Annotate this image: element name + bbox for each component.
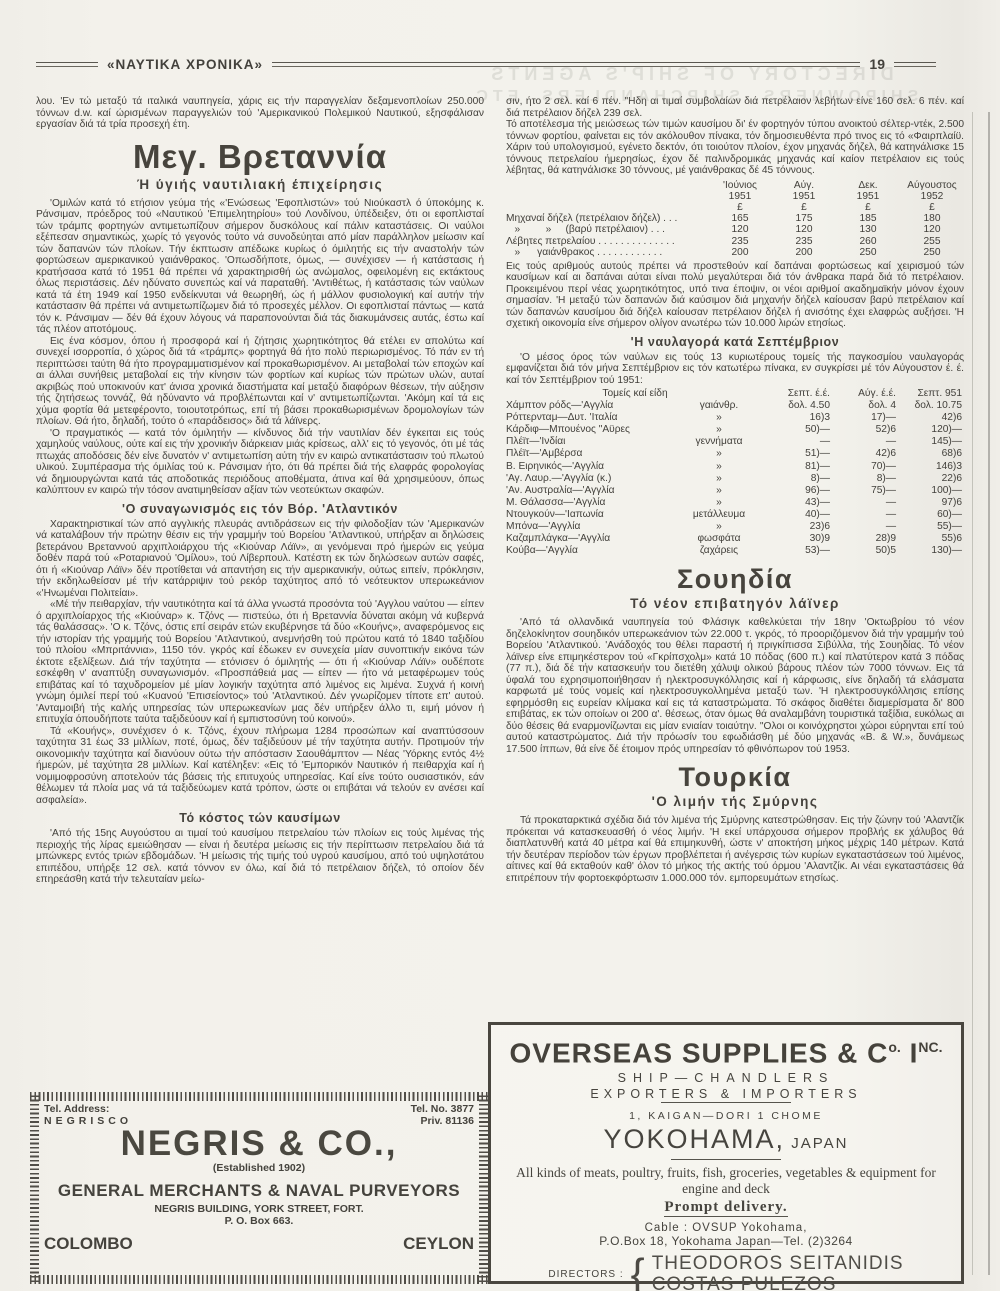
- brace-glyph: {: [631, 1254, 645, 1291]
- hatched-border-left: [30, 1094, 39, 1282]
- table-row: » » (βαρύ πετρέλαιον) . . . 120 120 130 …: [506, 224, 964, 236]
- page-header: «ΝΑΥΤΙΚΑ ΧΡΟΝΙΚΑ» 19: [36, 56, 936, 72]
- fuel-table-columns: 'Ιούνιος1951£ Αύγ.1951£ Δεκ.1951£ Αύγουσ…: [708, 180, 964, 213]
- overseas-directors: DIRECTORS : { THEODOROS SEITANIDIS COSTA…: [491, 1253, 961, 1291]
- right-top-paragraphs: σιν, ήτο 2 σελ. καί 6 πέν. "Ηδη αι τιμαί…: [506, 96, 964, 177]
- section-title-turkey: Τουρκία: [506, 762, 964, 793]
- section2-paragraphs: Χαρακτηριστικαί τών από αγγλικής πλευράς…: [36, 519, 484, 807]
- hatched-border-bottom: [30, 1275, 488, 1284]
- section3-paragraphs: 'Από τής 15ης Αυγούστου αι τιμαί τού καυ…: [36, 828, 484, 886]
- negris-ad: Tel. Address: NEGRISCO Tel. No. 3877 Pri…: [30, 1092, 488, 1284]
- paragraph: 'Από τά ολλανδικά ναυπηγεία τού Φλάσιγκ …: [506, 617, 964, 755]
- table-row: Πλέϊτ—'Ινδίαι γεννήματα — — 145)—: [506, 436, 964, 448]
- right-column: σιν, ήτο 2 σελ. καί 6 πέν. "Ηδη αι τιμαί…: [506, 96, 964, 1020]
- scanned-magazine-page: { "header": { "masthead": "«ΝΑΥΤΙΚΑ ΧΡΟΝ…: [0, 0, 1000, 1291]
- fuel-cost-table: 'Ιούνιος1951£ Αύγ.1951£ Δεκ.1951£ Αύγουσ…: [506, 180, 964, 259]
- overseas-ad: OVERSEAS SUPPLIES & Co. INC. SHIP—CHANDL…: [488, 1022, 964, 1284]
- table-row: » γαιάνθρακος . . . . . . . . . . . . 20…: [506, 247, 964, 259]
- hatched-border-top: [30, 1092, 488, 1101]
- negris-cable-address: Tel. Address: NEGRISCO: [44, 1103, 132, 1127]
- table-row: Κάρδιφ—Μπουένος "Αϋρες » 50)— 52)6 120)—: [506, 424, 964, 436]
- paragraph: 'Ομιλών κατά τό ετήσιον γεύμα τής «'Ενώσ…: [36, 198, 484, 336]
- section-subtitle-fuel-cost: Τό κόστος τών καυσίμων: [36, 811, 484, 825]
- negris-city-ceylon: CEYLON: [403, 1234, 474, 1254]
- negris-established: (Established 1902): [44, 1162, 474, 1174]
- paragraph: Χαρακτηριστικαί τών από αγγλικής πλευράς…: [36, 519, 484, 600]
- freight-table-header: Τομείς καί είδη Σεπτ. έ.έ. Αύγ. έ.έ. Σεπ…: [506, 388, 964, 400]
- overseas-city: YOKOHAMA, JAPAN: [491, 1125, 961, 1158]
- table-row: Μ. Θάλασσα—'Αγγλία » 43)— — 97)6: [506, 497, 964, 509]
- section-subtitle-healthy-shipping: Ή ύγιής ναυτιλιακή έπιχείρησις: [36, 177, 484, 192]
- page-edge: [972, 112, 973, 1275]
- paragraph: Τά «Κουήνς», συνέχισεν ό κ. Τζόνς, έχουν…: [36, 726, 484, 807]
- table-row: Χάμπτον ρόδς—'Αγγλία γαιάνθρ. δολ. 4.50 …: [506, 400, 964, 412]
- header-rule-right: [894, 62, 936, 67]
- decorative-rule: [661, 1102, 791, 1103]
- freight-table: Τομείς καί είδη Σεπτ. έ.έ. Αύγ. έ.έ. Σεπ…: [506, 388, 964, 557]
- decorative-rule: [671, 1159, 781, 1160]
- table-row: Μηχαναί δήζελ (πετρέλαιον δήζελ) . . . 1…: [506, 213, 964, 225]
- paragraph: Τό αποτέλεσμα τής μειώσεως τών τιμών καυ…: [506, 119, 964, 177]
- section-subtitle-freight-market: 'Η ναυλαγορά κατά Σεπτέμβριον: [506, 335, 964, 349]
- overseas-street-address: 1, KAIGAN—DORI 1 CHOME: [491, 1110, 961, 1122]
- decorative-rule: [681, 1249, 771, 1250]
- paragraph: Εις ένα κόσμον, όπου ή προσφορά καί ή ζή…: [36, 336, 484, 428]
- table-row: Μπόνα—'Αγγλία » 23)6 — 55)—: [506, 521, 964, 533]
- fuel-column-header: Αύγ.1951£: [772, 180, 836, 213]
- directors-label: DIRECTORS :: [548, 1269, 623, 1280]
- section1-paragraphs: 'Ομιλών κατά τό ετήσιον γεύμα τής «'Ενώσ…: [36, 198, 484, 497]
- negris-address-line: NEGRIS BUILDING, YORK STREET, FORT.: [44, 1203, 474, 1215]
- section-title-sweden: Σουηδία: [506, 564, 964, 595]
- fuel-table-header: 'Ιούνιος1951£ Αύγ.1951£ Δεκ.1951£ Αύγουσ…: [506, 180, 964, 213]
- director-name-2: COSTAS PULEZOS: [652, 1274, 904, 1291]
- overseas-pobox: P.O.Box 18, Yokohama Japan—Tel. (2)3264: [491, 1234, 961, 1248]
- negris-business-line: GENERAL MERCHANTS & NAVAL PURVEYORS: [44, 1181, 474, 1201]
- fuel-column-header: Αύγουστος1952£: [900, 180, 964, 213]
- section-subtitle-north-atlantic: 'Ο συναγωνισμός εις τόν Βόρ. 'Ατλαντικόν: [36, 502, 484, 516]
- page-number: 19: [869, 56, 885, 72]
- section-title-great-britain: Μεγ. Βρεταννία: [36, 138, 484, 176]
- paragraph: Εις τούς αριθμούς αυτούς πρέπει νά προστ…: [506, 261, 964, 330]
- negris-phone: Tel. No. 3877 Priv. 81136: [411, 1103, 474, 1127]
- negris-ad-content: Tel. Address: NEGRISCO Tel. No. 3877 Pri…: [44, 1103, 474, 1273]
- overseas-description: All kinds of meats, poultry, fruits, fis…: [503, 1165, 949, 1197]
- overseas-ship-chandlers: SHIP—CHANDLERS: [491, 1071, 961, 1085]
- table-row: Ρόττερνταμ—Δυτ. 'Ιταλία » 16)3 17)— 42)6: [506, 412, 964, 424]
- freight-table-rows: Χάμπτον ρόδς—'Αγγλία γαιάνθρ. δολ. 4.50 …: [506, 400, 964, 557]
- table-row: Λέβητες πετρελαίου . . . . . . . . . . .…: [506, 236, 964, 248]
- fuel-table-rows: Μηχαναί δήζελ (πετρέλαιον δήζελ) . . . 1…: [506, 213, 964, 259]
- table-row: Πλέϊτ—'Αμβέρσα » 51)— 42)6 68)6: [506, 448, 964, 460]
- continuation-paragraph: λου. 'Εν τώ μεταξύ τά ιταλικά ναυπηγεία,…: [36, 96, 484, 131]
- fuel-column-header: 'Ιούνιος1951£: [708, 180, 772, 213]
- paragraph: 'Ο μέσος όρος τών ναύλων εις τούς 13 κυρ…: [506, 352, 964, 387]
- header-rule-left: [36, 62, 98, 67]
- table-row: Καζαμπλάγκα—'Αγγλία φωσφάτα 30)9 28)9 55…: [506, 533, 964, 545]
- page-edge: [988, 112, 990, 1275]
- table-row: 'Αγ. Λαυρ.—'Αγγλία (κ.) » 8)— 8)— 22)6: [506, 473, 964, 485]
- section-subtitle-smyrna-port: 'Ο λιμήν τής Σμύρνης: [506, 794, 964, 809]
- table-row: Β. Ειρηνικός—'Αγγλία » 81)— 70)— 146)3: [506, 461, 964, 473]
- director-name-1: THEODOROS SEITANIDIS: [652, 1253, 904, 1274]
- negris-pobox: P. O. Box 663.: [44, 1215, 474, 1227]
- overseas-prompt-delivery: Prompt delivery.: [664, 1199, 787, 1217]
- overseas-exporters-importers: EXPORTERS & IMPORTERS: [491, 1087, 961, 1101]
- header-rule-middle: [272, 62, 860, 67]
- hatched-border-right: [479, 1094, 488, 1282]
- negris-city-colombo: COLOMBO: [44, 1234, 133, 1254]
- table-row: 'Αν. Αυστραλία—'Αγγλία » 96)— 75)— 100)—: [506, 485, 964, 497]
- masthead: «ΝΑΥΤΙΚΑ ΧΡΟΝΙΚΑ»: [107, 57, 263, 72]
- paragraph: Τά προκαταρκτικά σχέδια διά τόν λιμένα τ…: [506, 815, 964, 884]
- overseas-cable: Cable : OVSUP Yokohama,: [491, 1222, 961, 1234]
- paragraph: σιν, ήτο 2 σελ. καί 6 πέν. "Ηδη αι τιμαί…: [506, 96, 964, 119]
- paragraph: «Μέ τήν πειθαρχίαν, τήν ναυτικότητα καί …: [36, 599, 484, 726]
- table-row: Ντουγκούν—'Ιαπωνία μετάλλευμα 40)— — 60)…: [506, 509, 964, 521]
- paragraph: 'Από τής 15ης Αυγούστου αι τιμαί τού καυ…: [36, 828, 484, 886]
- left-column: λου. 'Εν τώ μεταξύ τά ιταλικά ναυπηγεία,…: [36, 96, 484, 1090]
- table-row: Κούβα—'Αγγλία ζαχάρεις 53)— 50)5 130)—: [506, 545, 964, 557]
- fuel-column-header: Δεκ.1951£: [836, 180, 900, 213]
- overseas-company-name: OVERSEAS SUPPLIES & Co. INC.: [491, 1032, 961, 1068]
- section-subtitle-new-liner: Τό νέον επιβατηγόν λάϊνερ: [506, 596, 964, 611]
- negris-company-name: NEGRIS & CO.,: [44, 1127, 474, 1161]
- paragraph: 'Ο πραγματικός — κατά τόν όμιλητήν — κίν…: [36, 428, 484, 497]
